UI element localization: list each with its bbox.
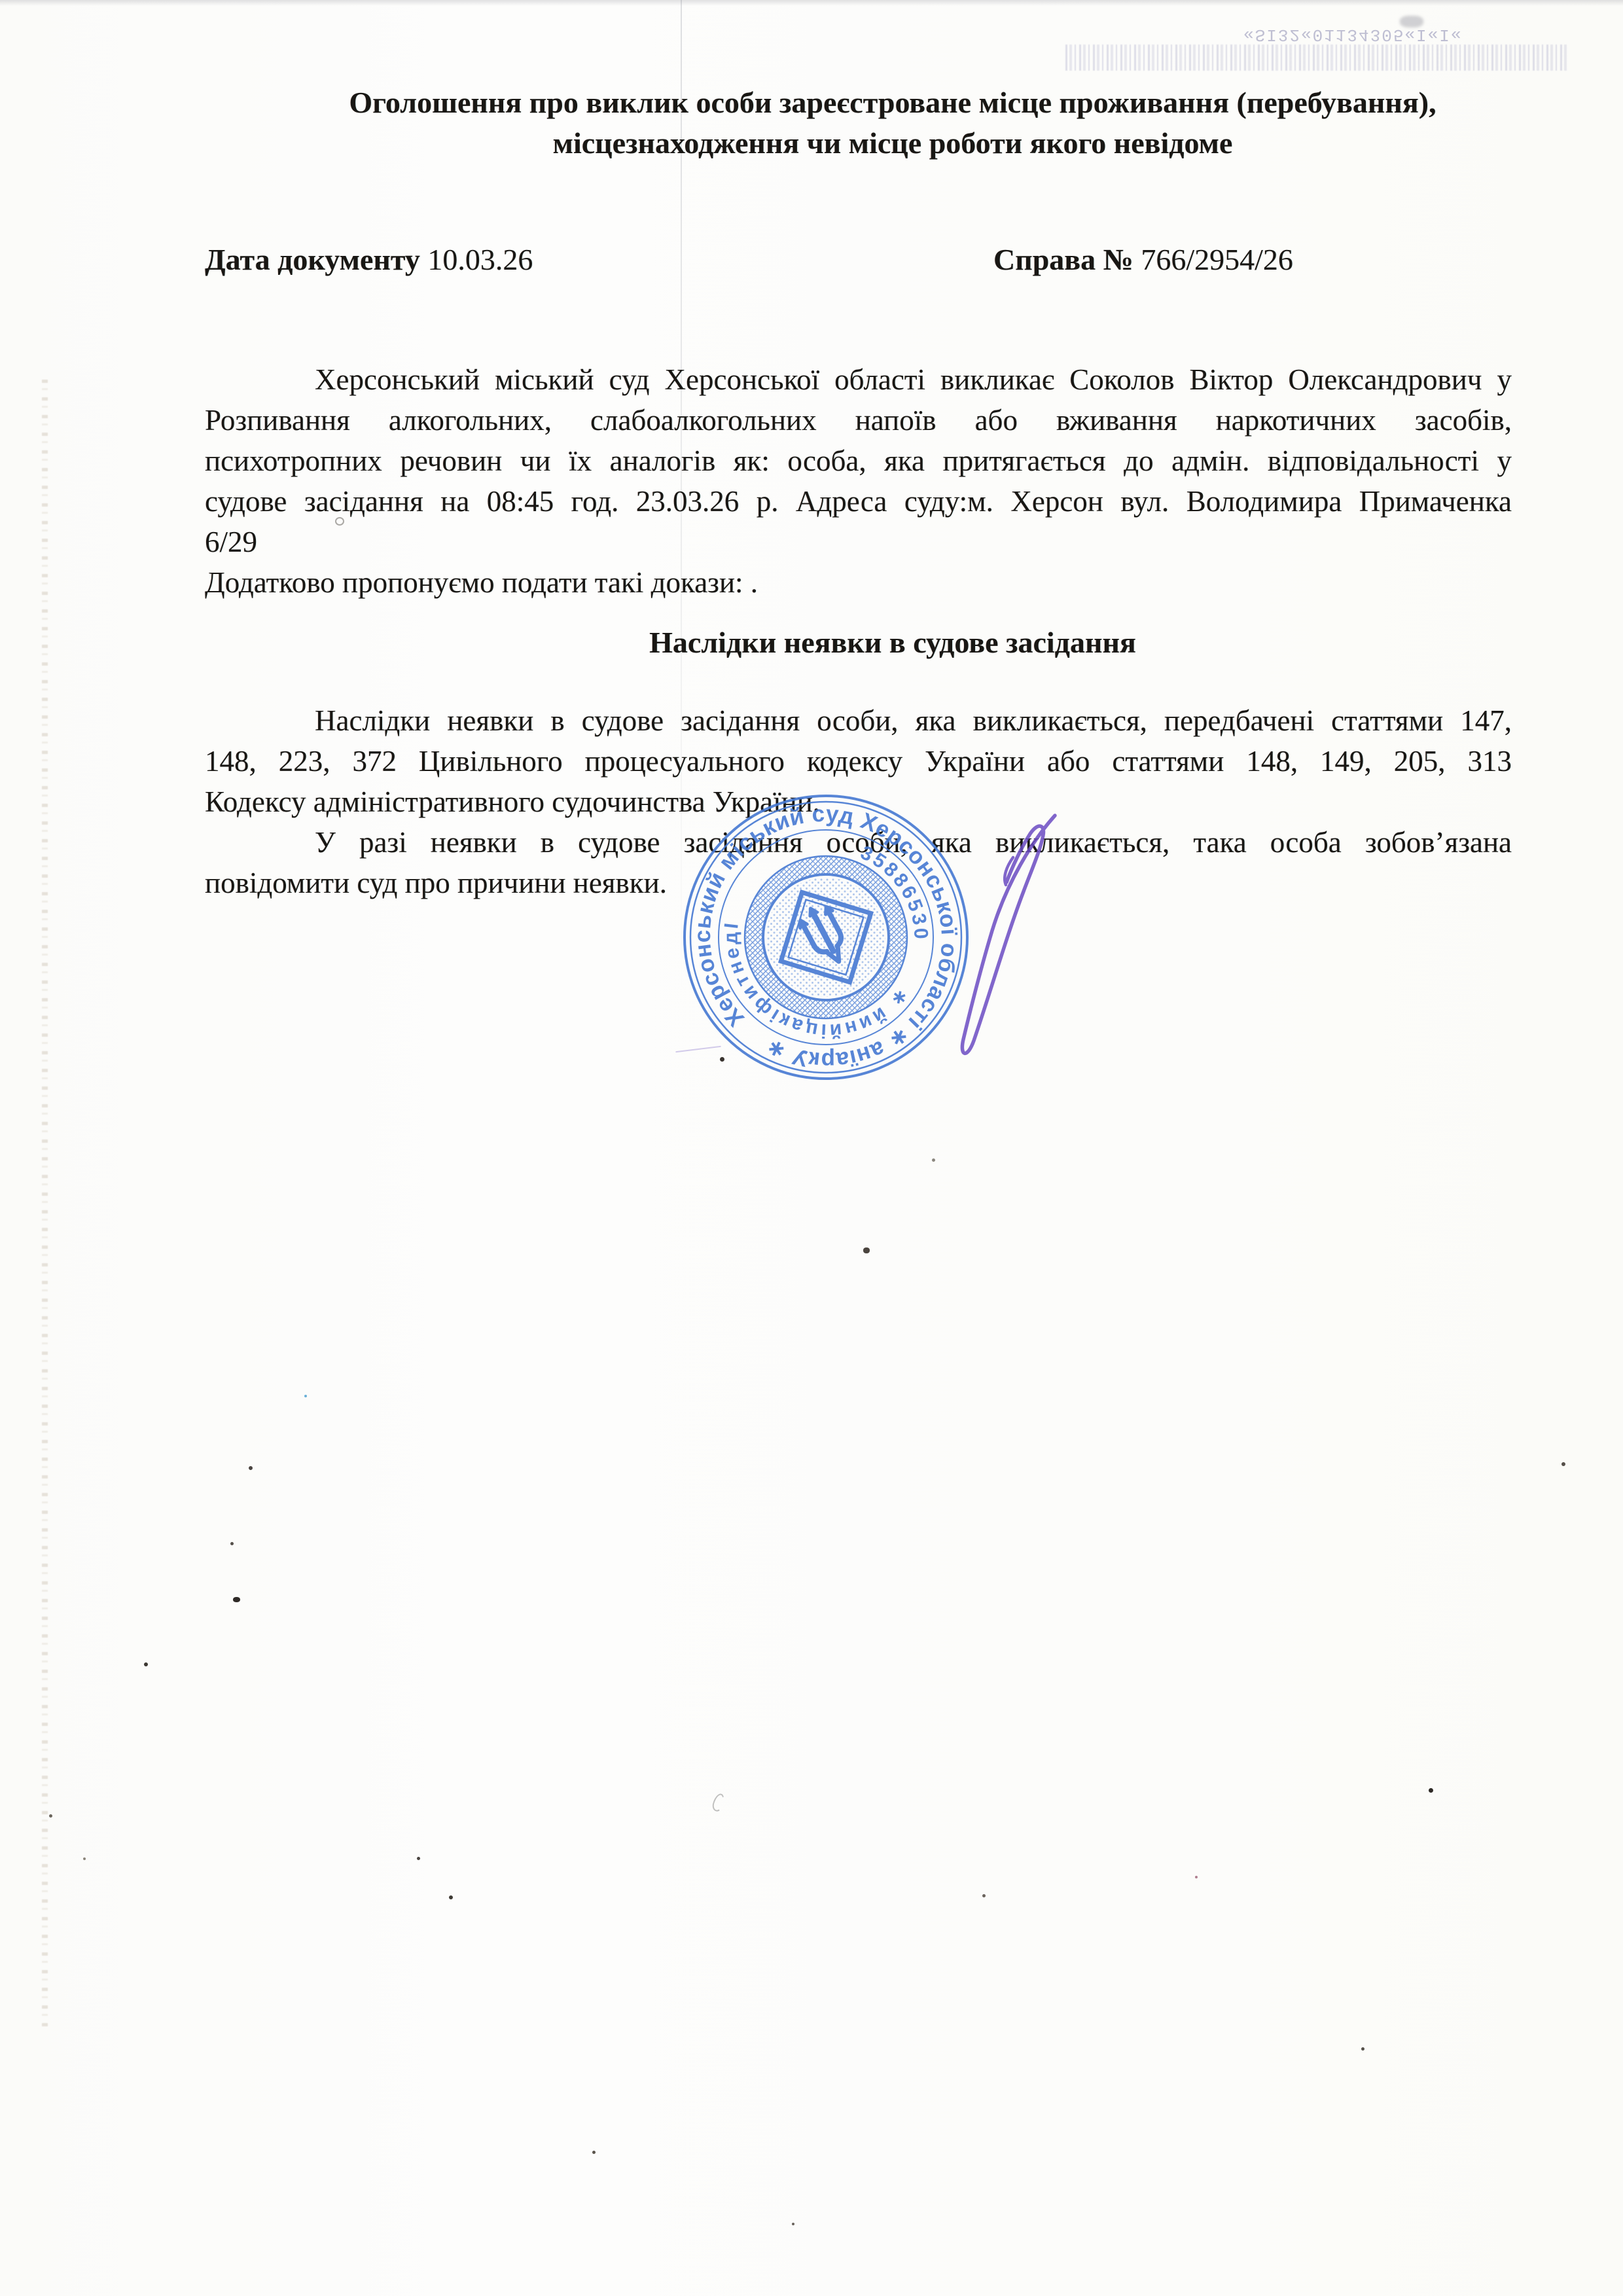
speckle: [1195, 1876, 1198, 1878]
speckle: [304, 1395, 307, 1397]
additional-evidence-line: Додатково пропонуємо подати такі докази:…: [205, 562, 1512, 603]
speckle: [720, 1057, 724, 1062]
speckle: [863, 1247, 870, 1253]
speckle: [449, 1895, 453, 1899]
case-label: Справа №: [993, 243, 1133, 276]
speckle: [982, 1894, 986, 1897]
signature: [903, 779, 1099, 1093]
case-value: 766/2954/26: [1141, 243, 1293, 276]
paragraph-line: Розпивання алкогольних, слабоалкогольних…: [205, 400, 1512, 440]
bleedthrough-barcode: [1065, 45, 1569, 71]
speckle: [792, 2223, 794, 2225]
speckle: [1361, 2047, 1364, 2051]
paragraph-line: судове засідання на 08:45 год. 23.03.26 …: [205, 481, 1512, 522]
section-heading: Наслідки неявки в судове засідання: [205, 622, 1512, 663]
speckle: [932, 1158, 935, 1162]
speckle: [1429, 1788, 1433, 1793]
speckle: [144, 1662, 148, 1666]
speckle: [592, 2151, 596, 2154]
document-title: Оголошення про виклик особи зареєстрован…: [205, 82, 1512, 164]
speckle: [49, 1814, 52, 1818]
summons-paragraph: Херсонський міський суд Херсонської обла…: [205, 359, 1512, 603]
date-label: Дата документу: [205, 243, 420, 276]
speckle: [249, 1466, 253, 1470]
speckle: [335, 517, 344, 526]
paragraph-line: Херсонський міський суд Херсонської обла…: [205, 359, 1512, 400]
scan-top-edge-shadow: [0, 0, 1623, 6]
paragraph-line: психотропних речовин чи їх аналогів як: …: [205, 440, 1512, 481]
speckle: [1561, 1462, 1565, 1466]
speckle: [417, 1857, 420, 1860]
document-meta-row: Дата документу 10.03.26 Справа № 766/295…: [205, 240, 1512, 280]
speckle: [83, 1857, 86, 1860]
document-title-line1: Оголошення про виклик особи зареєстрован…: [274, 82, 1512, 123]
document-title-line2: місцезнаходження чи місце роботи якого н…: [274, 123, 1512, 164]
scan-smudge: [1400, 16, 1423, 27]
paragraph-line: Наслідки неявки в судове засідання особи…: [205, 700, 1512, 741]
speckle: [233, 1597, 240, 1602]
speckle: [230, 1542, 234, 1545]
bleedthrough-text: «SI32«01134305«I«I«: [1243, 25, 1462, 45]
date-value: 10.03.26: [427, 243, 533, 276]
document-date: Дата документу 10.03.26: [205, 240, 533, 280]
paragraph-line: 6/29: [205, 522, 1512, 562]
scanned-document-page: «SI32«01134305«I«I« Оголошення про викли…: [0, 0, 1623, 2296]
speckle: [711, 1792, 726, 1813]
scanner-streak: [42, 380, 48, 2029]
case-number: Справа № 766/2954/26: [993, 240, 1293, 280]
